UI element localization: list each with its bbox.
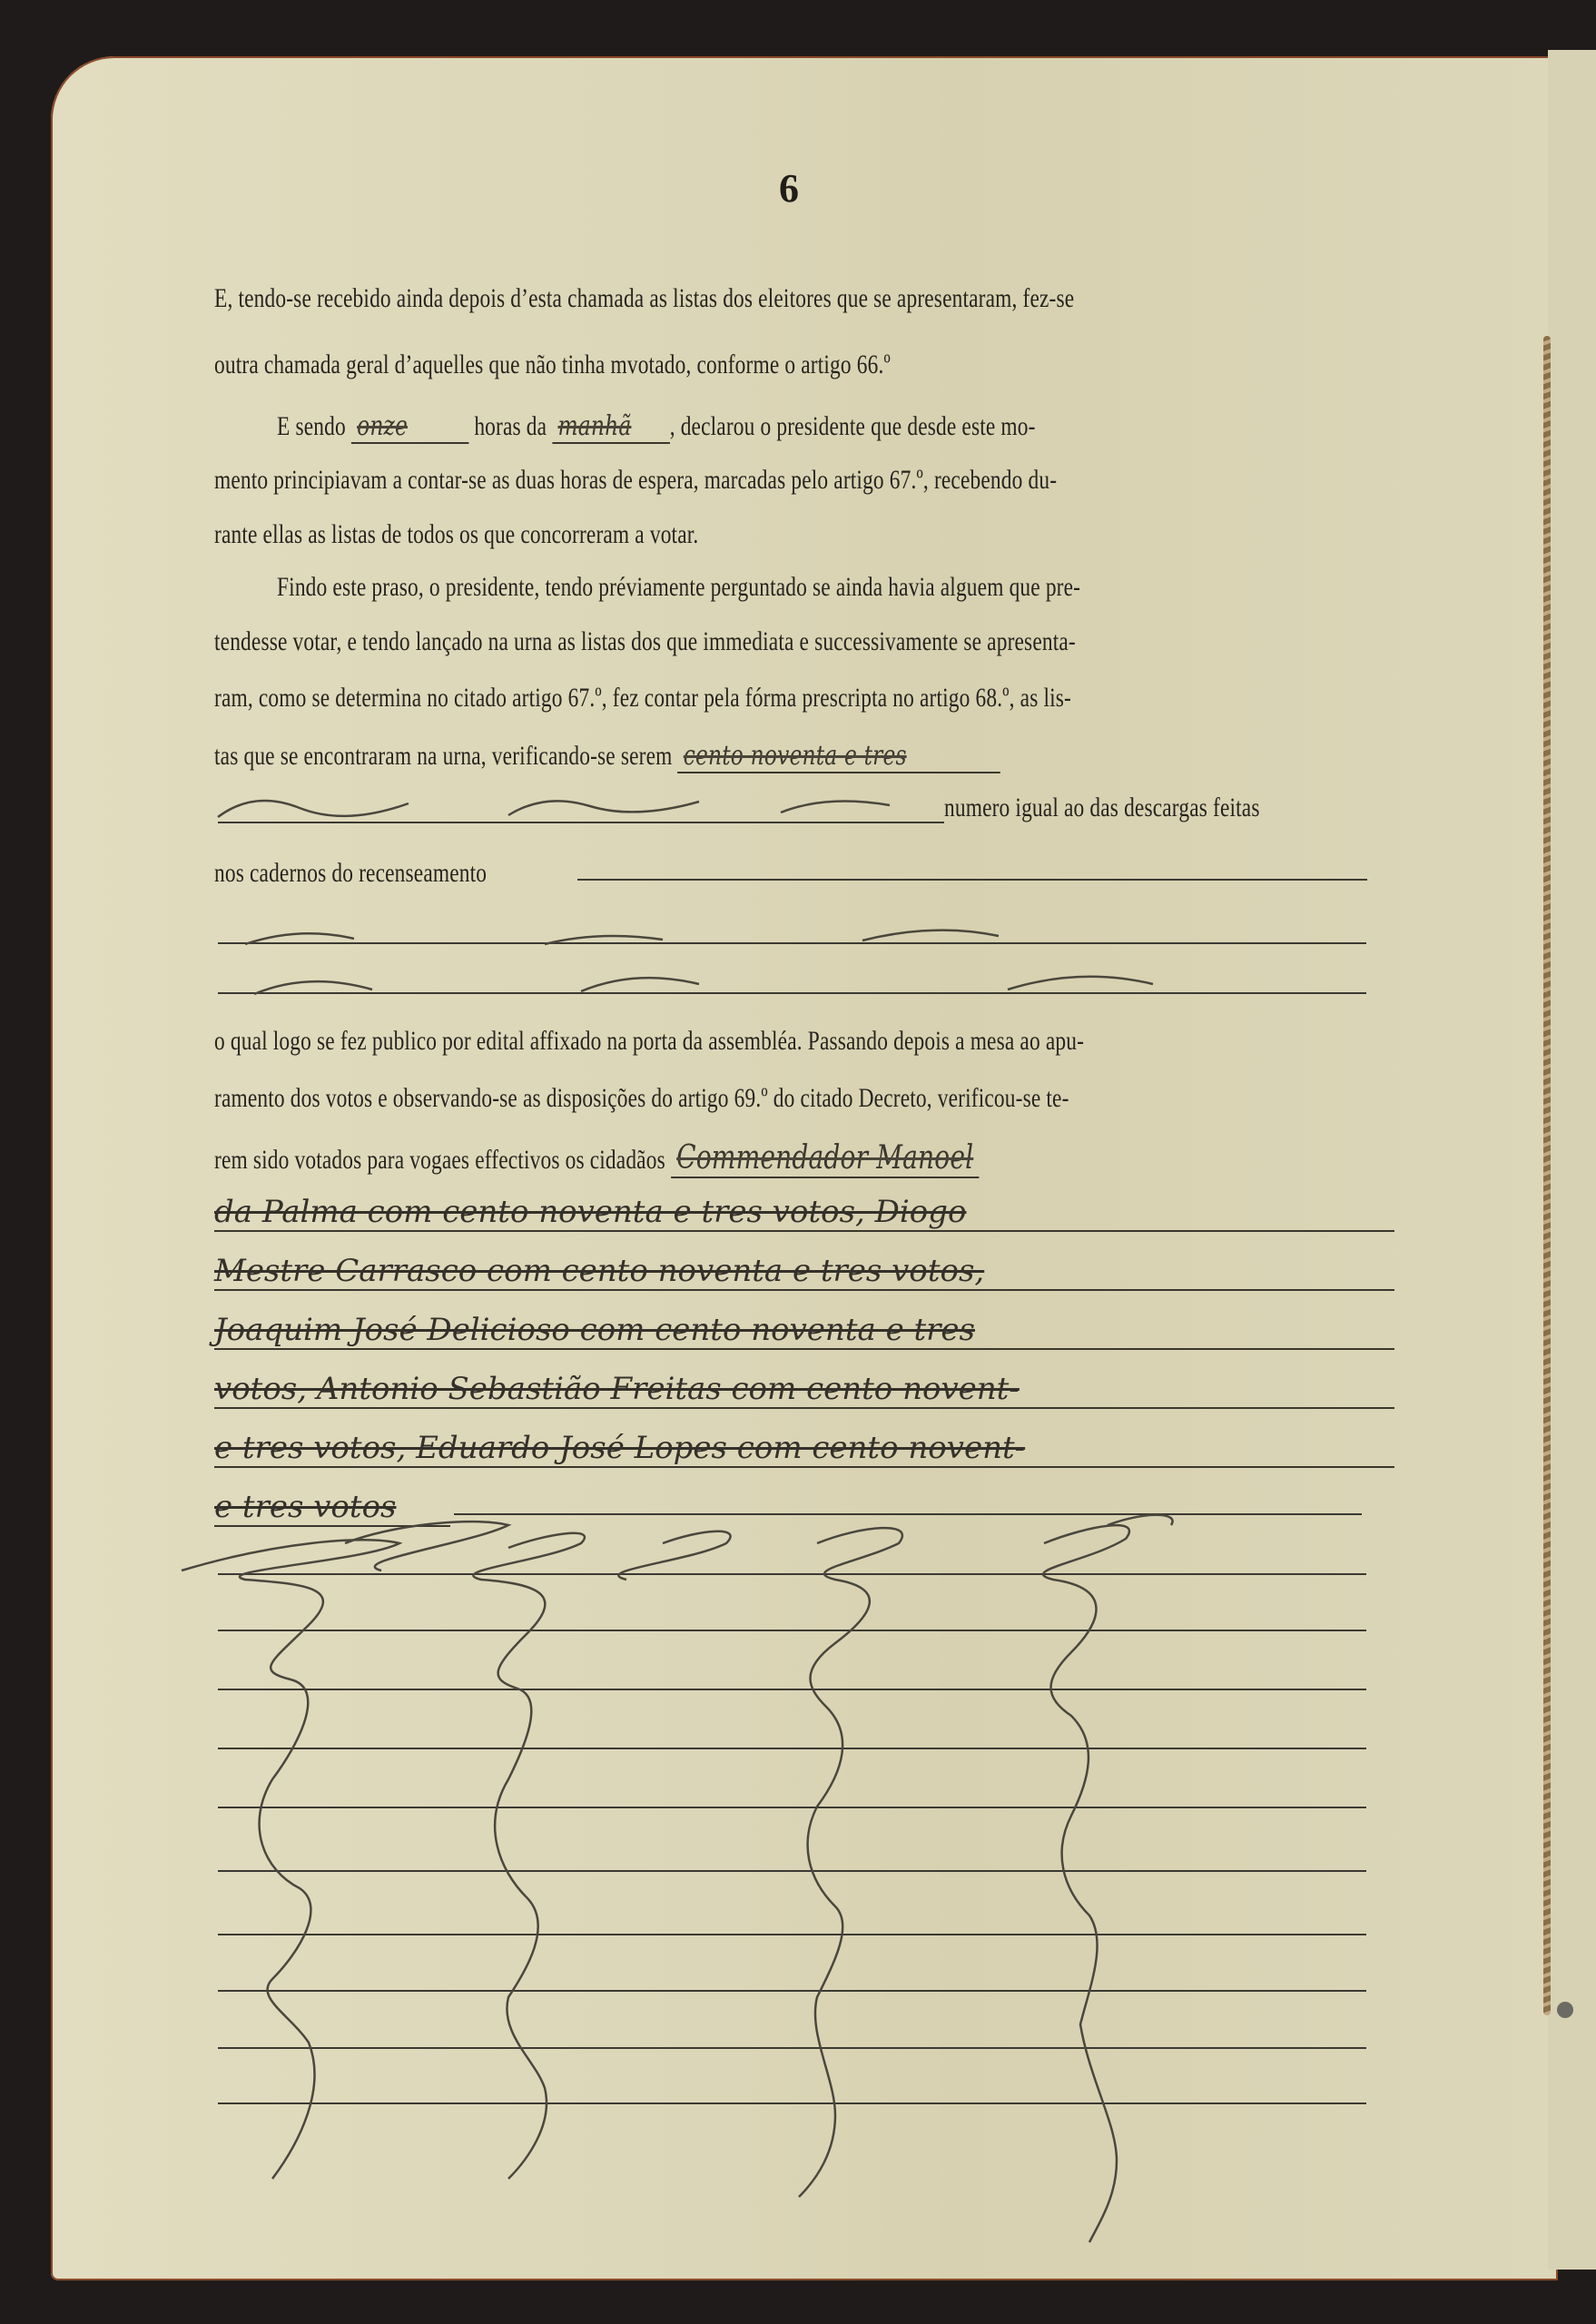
cancellation-flourish-icon xyxy=(0,0,1596,2324)
